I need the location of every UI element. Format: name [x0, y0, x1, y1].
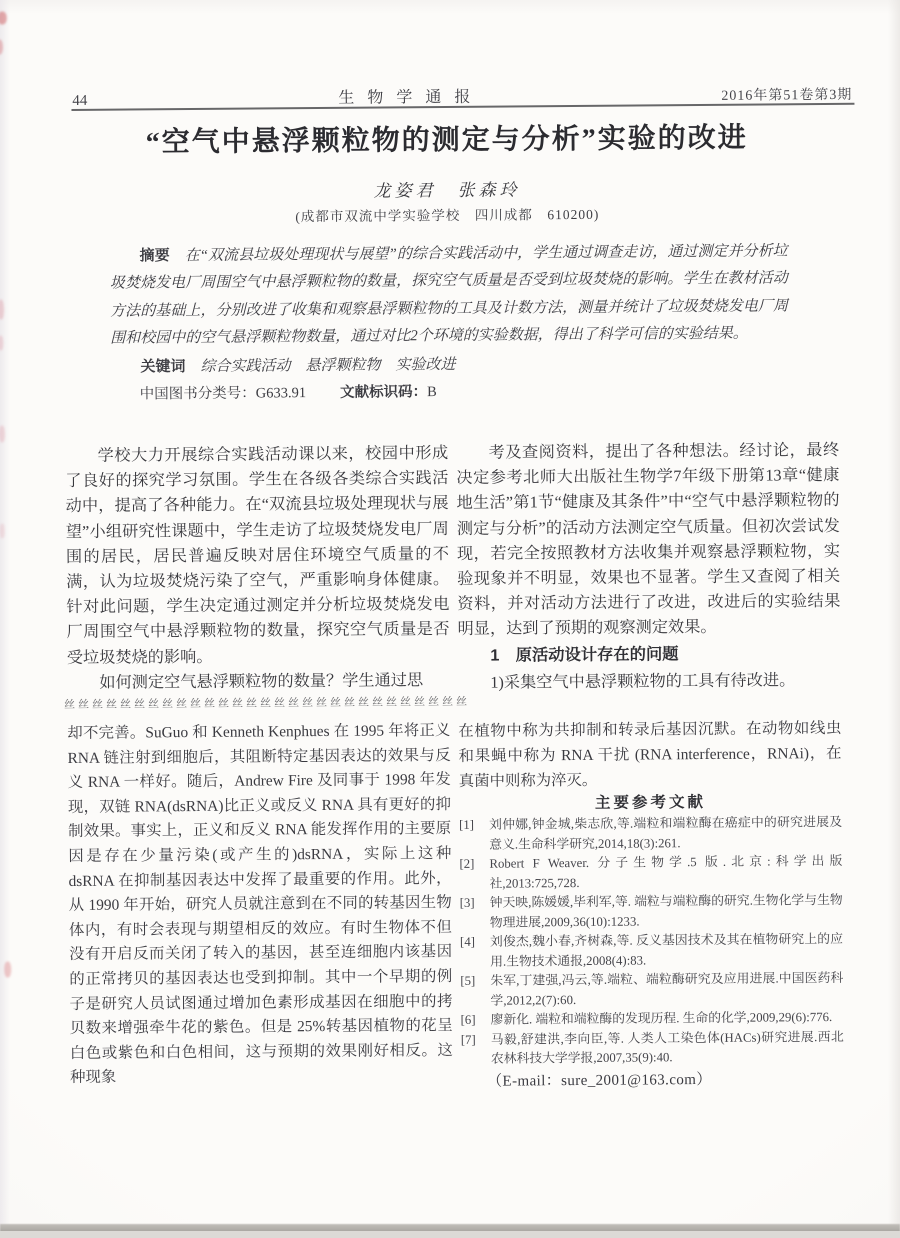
section-1-item-1: 1)采集空气中悬浮颗粒物的工具有待改进。 — [458, 667, 841, 697]
page-content: 44 生物学通报 2016年第51卷第3期 “空气中悬浮颗粒物的测定与分析”实验… — [0, 0, 900, 1238]
left-column-intro: 学校大力开展综合实践活动课以来，校园中形成了良好的探究学习氛围。学生在各级各类综… — [65, 441, 450, 696]
journal-issue: 2016年第51卷第3期 — [721, 84, 852, 105]
reference-text: 钟天映,陈媛媛,毕利军,等. 端粒与端粒酶的研究.生物化学与生物物理进展,200… — [490, 891, 843, 933]
clc-value: G633.91 — [256, 385, 306, 401]
reference-number: [1] — [459, 816, 489, 855]
continued-right-text: 在植物中称为共抑制和转录后基因沉默。在动物如线虫和果蝇中称为 RNA 干扰 (R… — [458, 716, 842, 794]
continued-left-text: 却不完善。SuGuo 和 Kenneth Kenphues 在 1995 年将正… — [67, 719, 453, 1091]
reference-item: [4]刘俊杰,魏小春,齐树森,等. 反义基因技术及其在植物研究上的应用.生物技术… — [460, 930, 843, 972]
scan-red-mark — [0, 11, 7, 24]
reference-item: [5]朱军,丁建强,冯云,等.端粒、端粒酶研究及应用进展.中国医药科学,2012… — [460, 969, 843, 1011]
article-meta-block: 摘要 在“双流县垃圾处理现状与展望”的综合实践活动中，学生通过调查走访，通过测定… — [110, 237, 789, 409]
abstract-text: 在“双流县垃圾处理现状与展望”的综合实践活动中，学生通过调查走访，通过测定并分析… — [110, 243, 788, 347]
reference-number: [6] — [461, 1011, 491, 1031]
section-1-heading: 1 原活动设计存在的问题 — [458, 640, 841, 670]
keywords-text: 综合实践活动 悬浮颗粒物 实验改进 — [200, 357, 455, 375]
clc-label: 中国图书分类号： — [140, 386, 256, 403]
doc-code-value: B — [427, 384, 437, 400]
right-column-intro: 考及查阅资料，提出了各种想法。经讨论，最终决定参考北师大出版社生物学7年级下册第… — [456, 438, 841, 696]
scan-red-mark — [0, 39, 3, 54]
reference-text: 刘俊杰,魏小春,齐树森,等. 反义基因技术及其在植物研究上的应用.生物技术通报,… — [490, 930, 843, 972]
intro-paragraph-2: 如何测定空气悬浮颗粒物的数量？学生通过思 — [67, 668, 450, 696]
reference-item: [3]钟天映,陈媛媛,毕利军,等. 端粒与端粒酶的研究.生物化学与生物物理进展,… — [460, 891, 843, 933]
reference-number: [4] — [460, 933, 490, 972]
reference-number: [7] — [461, 1030, 491, 1069]
reference-text: 马毅,舒建洪,李向臣,等. 人类人工染色体(HACs)研究进展.西北农林科技大学… — [491, 1027, 844, 1069]
reference-text: 朱军,丁建强,冯云,等.端粒、端粒酶研究及应用进展.中国医药科学,2012,2(… — [490, 969, 843, 1011]
reference-number: [2] — [459, 855, 489, 894]
classification-line: 中国图书分类号：G633.91文献标识码：B — [111, 376, 789, 409]
reference-item: [2]Robert F Weaver. 分子生物学.5 版.北京:科学出版社,2… — [459, 852, 842, 894]
abstract-paragraph: 摘要 在“双流县垃圾处理现状与展望”的综合实践活动中，学生通过调查走访，通过测定… — [110, 237, 789, 353]
reference-number: [3] — [460, 894, 490, 933]
email-line: （E-mail：sure_2001@163.com） — [461, 1066, 844, 1094]
reference-text: 刘仲娜,钟金城,柴志欣,等.端粒和端粒酶在癌症中的研究进展及意义.生命科学研究,… — [489, 813, 842, 855]
scanner-background-strip — [0, 1231, 900, 1238]
continued-article-right-column: 在植物中称为共抑制和转录后基因沉默。在动物如线虫和果蝇中称为 RNA 干扰 (R… — [458, 716, 844, 1094]
article-affiliation: (成都市双流中学实验学校 四川成都 610200) — [0, 200, 897, 227]
scan-red-mark — [0, 336, 3, 351]
reference-item: [1]刘仲娜,钟金城,柴志欣,等.端粒和端粒酶在癌症中的研究进展及意义.生命科学… — [459, 813, 842, 855]
scanned-page: 44 生物学通报 2016年第51卷第3期 “空气中悬浮颗粒物的测定与分析”实验… — [0, 0, 900, 1238]
scan-red-mark — [0, 299, 4, 319]
article-title: “空气中悬浮颗粒物的测定与分析”实验的改进 — [0, 114, 897, 161]
article-divider-ornament: 丝丝丝丝丝丝丝丝丝丝丝丝丝丝丝丝丝丝丝丝丝丝丝丝丝丝丝丝丝丝丝丝 — [64, 693, 470, 712]
scan-red-mark — [0, 523, 5, 538]
page-number: 44 — [72, 93, 87, 110]
journal-name: 生物学通报 — [325, 84, 483, 108]
intro-paragraph-1: 学校大力开展综合实践活动课以来，校园中形成了良好的探究学习氛围。学生在各级各类综… — [65, 441, 450, 671]
right-paragraph-1: 考及查阅资料，提出了各种想法。经讨论，最终决定参考北师大出版社生物学7年级下册第… — [456, 438, 841, 643]
article-authors: 龙姿君 张森玲 — [0, 172, 897, 204]
doc-code-label: 文献标识码： — [340, 384, 427, 401]
reference-text: Robert F Weaver. 分子生物学.5 版.北京:科学出版社,2013… — [489, 852, 842, 894]
references-heading: 主要参考文献 — [459, 791, 842, 816]
scan-red-mark — [4, 961, 11, 977]
scan-red-mark — [0, 425, 5, 442]
continued-article-left-column: 却不完善。SuGuo 和 Kenneth Kenphues 在 1995 年将正… — [67, 719, 453, 1091]
keywords-label: 关键词 — [140, 358, 185, 375]
reference-item: [7]马毅,舒建洪,李向臣,等. 人类人工染色体(HACs)研究进展.西北农林科… — [461, 1027, 844, 1069]
reference-number: [5] — [460, 972, 490, 1011]
abstract-label: 摘要 — [140, 247, 170, 264]
